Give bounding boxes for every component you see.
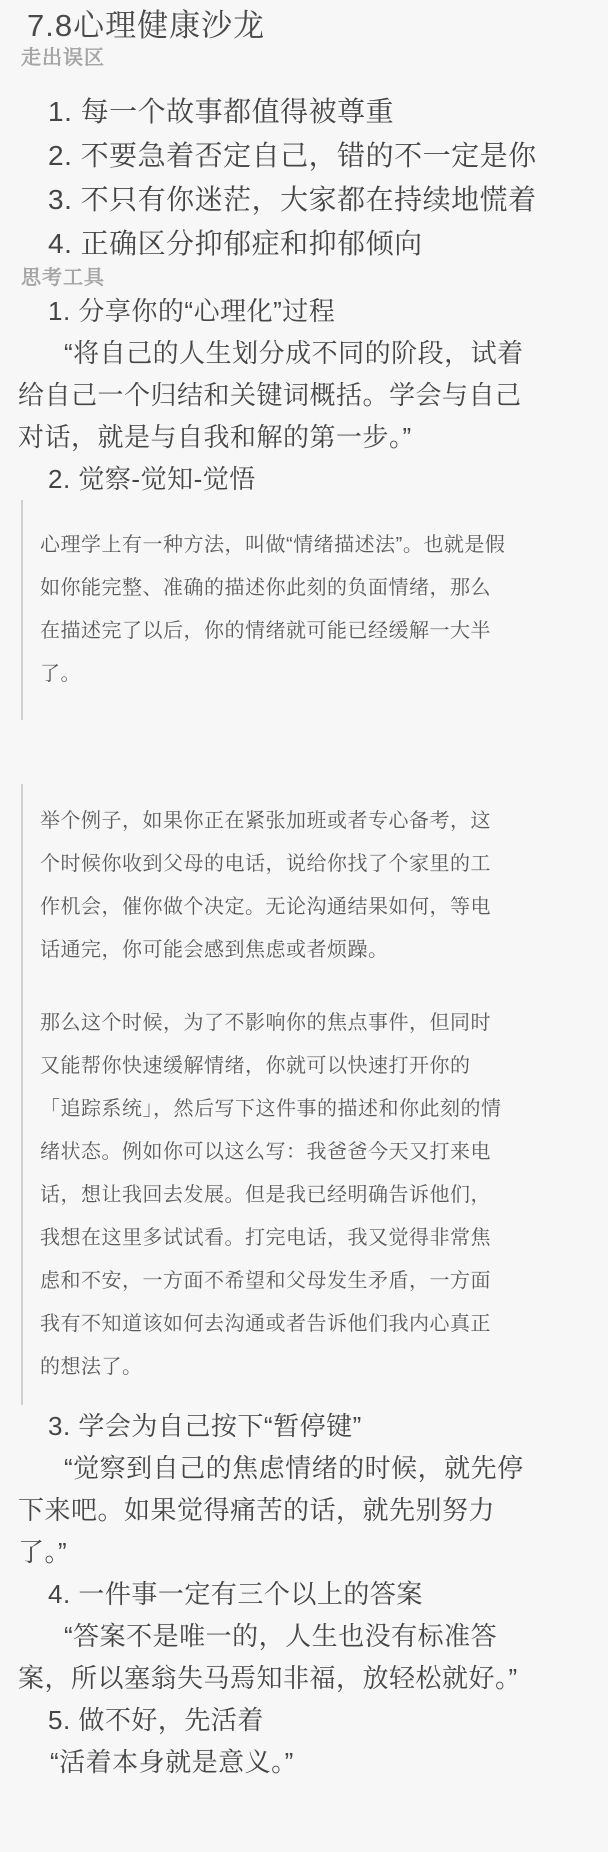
- blockquote-emotion-description-method: 心理学上有一种方法，叫做“情绪描述法”。也就是假如你能完整、准确的描述你此刻的负…: [21, 500, 530, 720]
- misconception-item-3: 3. 不只有你迷茫，大家都在持续地慌着: [18, 178, 554, 222]
- misconception-item-1: 1. 每一个故事都值得被尊重: [18, 90, 554, 134]
- tool-item-1-label: 1. 分享你的“心理化”过程: [18, 290, 534, 332]
- document-page: 7.8心理健康沙龙 走出误区 1. 每一个故事都值得被尊重 2. 不要急着否定自…: [0, 0, 608, 1852]
- blockquote-paragraph: 举个例子，如果你正在紧张加班或者专心备考，这个时候你收到父母的电话，说给你找了个…: [40, 800, 510, 972]
- section-heading-misconceptions: 走出误区: [21, 46, 608, 70]
- tool-item-3-quote: “觉察到自己的焦虑情绪的时候，就先停下来吧。如果觉得痛苦的话，就先别努力了。”: [18, 1447, 534, 1573]
- tool-item-1-quote: “将自己的人生划分成不同的阶段，试着给自己一个归结和关键词概括。学会与自己对话，…: [18, 332, 534, 458]
- tool-item-5-quote: “活着本身就是意义。”: [18, 1741, 534, 1783]
- tool-item-2-label: 2. 觉察-觉知-觉悟: [18, 458, 534, 500]
- misconceptions-list: 1. 每一个故事都值得被尊重 2. 不要急着否定自己，错的不一定是你 3. 不只…: [18, 90, 608, 266]
- tool-item-4-label: 4. 一件事一定有三个以上的答案: [18, 1573, 534, 1615]
- tool-item-4-quote: “答案不是唯一的，人生也没有标准答案，所以塞翁失马焉知非福，放轻松就好。”: [18, 1615, 534, 1699]
- blockquote-paragraph: 那么这个时候，为了不影响你的焦点事件，但同时又能帮你快速缓解情绪，你就可以快速打…: [40, 1002, 510, 1389]
- blockquote-tracking-system-example: 举个例子，如果你正在紧张加班或者专心备考，这个时候你收到父母的电话，说给你找了个…: [21, 784, 530, 1405]
- misconception-item-2: 2. 不要急着否定自己，错的不一定是你: [18, 134, 554, 178]
- section-heading-tools: 思考工具: [21, 266, 608, 290]
- tool-item-3-label: 3. 学会为自己按下“暂停键”: [18, 1405, 534, 1447]
- tool-item-5-label: 5. 做不好，先活着: [18, 1699, 534, 1741]
- misconception-item-4: 4. 正确区分抑郁症和抑郁倾向: [18, 222, 554, 266]
- blockquote-paragraph: 心理学上有一种方法，叫做“情绪描述法”。也就是假如你能完整、准确的描述你此刻的负…: [40, 524, 510, 696]
- page-title: 7.8心理健康沙龙: [27, 6, 608, 46]
